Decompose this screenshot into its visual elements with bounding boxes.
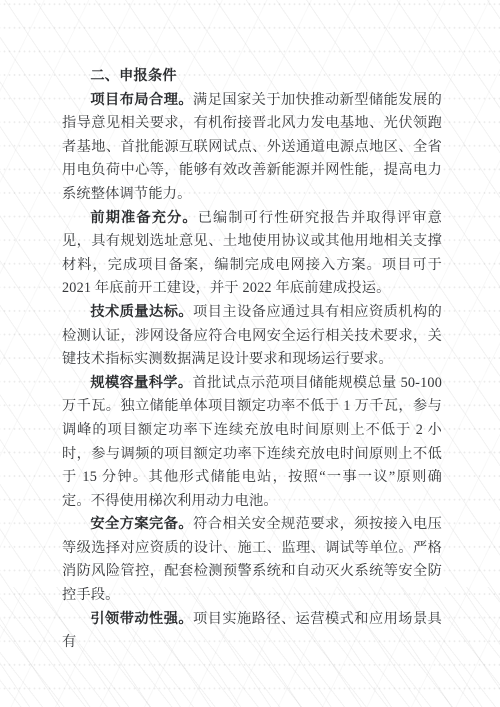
paragraph-lead: 引领带动性强。 — [90, 611, 193, 627]
paragraph-preparation: 前期准备充分。已编制可行性研究报告并取得评审意见，具有规划选址意见、土地使用协议… — [62, 207, 442, 301]
paragraph-technical-quality: 技术质量达标。项目主设备应通过具有相应资质机构的检测认证，涉网设备应符合电网安全… — [62, 301, 442, 372]
paragraph-project-layout: 项目布局合理。满足国家关于加快推动新型储能发展的指导意见相关要求，有机衔接晋北风… — [62, 89, 442, 207]
document-page: 二、申报条件 项目布局合理。满足国家关于加快推动新型储能发展的指导意见相关要求，… — [0, 0, 500, 707]
paragraph-lead: 技术质量达标。 — [90, 304, 193, 320]
paragraph-body: 首批试点示范项目储能规模总量 50-100 万千瓦。独立储能单体项目额定功率不低… — [62, 375, 442, 509]
paragraph-safety-plan: 安全方案完备。符合相关安全规范要求，须按接入电压等级选择对应资质的设计、施工、监… — [62, 513, 442, 607]
paragraph-lead: 安全方案完备。 — [90, 516, 193, 532]
section-heading-text: 二、申报条件 — [90, 68, 176, 84]
paragraph-scale-capacity: 规模容量科学。首批试点示范项目储能规模总量 50-100 万千瓦。独立储能单体项… — [62, 372, 442, 514]
paragraph-leading-capability: 引领带动性强。项目实施路径、运营模式和应用场景具有 — [62, 608, 442, 655]
paragraph-lead: 规模容量科学。 — [90, 375, 192, 391]
paragraph-body: 满足国家关于加快推动新型储能发展的指导意见相关要求，有机衔接晋北风力发电基地、光… — [62, 92, 442, 202]
paragraph-lead: 项目布局合理。 — [90, 92, 193, 108]
document-content: 二、申报条件 项目布局合理。满足国家关于加快推动新型储能发展的指导意见相关要求，… — [62, 65, 442, 655]
paragraph-lead: 前期准备充分。 — [90, 210, 197, 226]
section-heading: 二、申报条件 — [62, 65, 442, 89]
